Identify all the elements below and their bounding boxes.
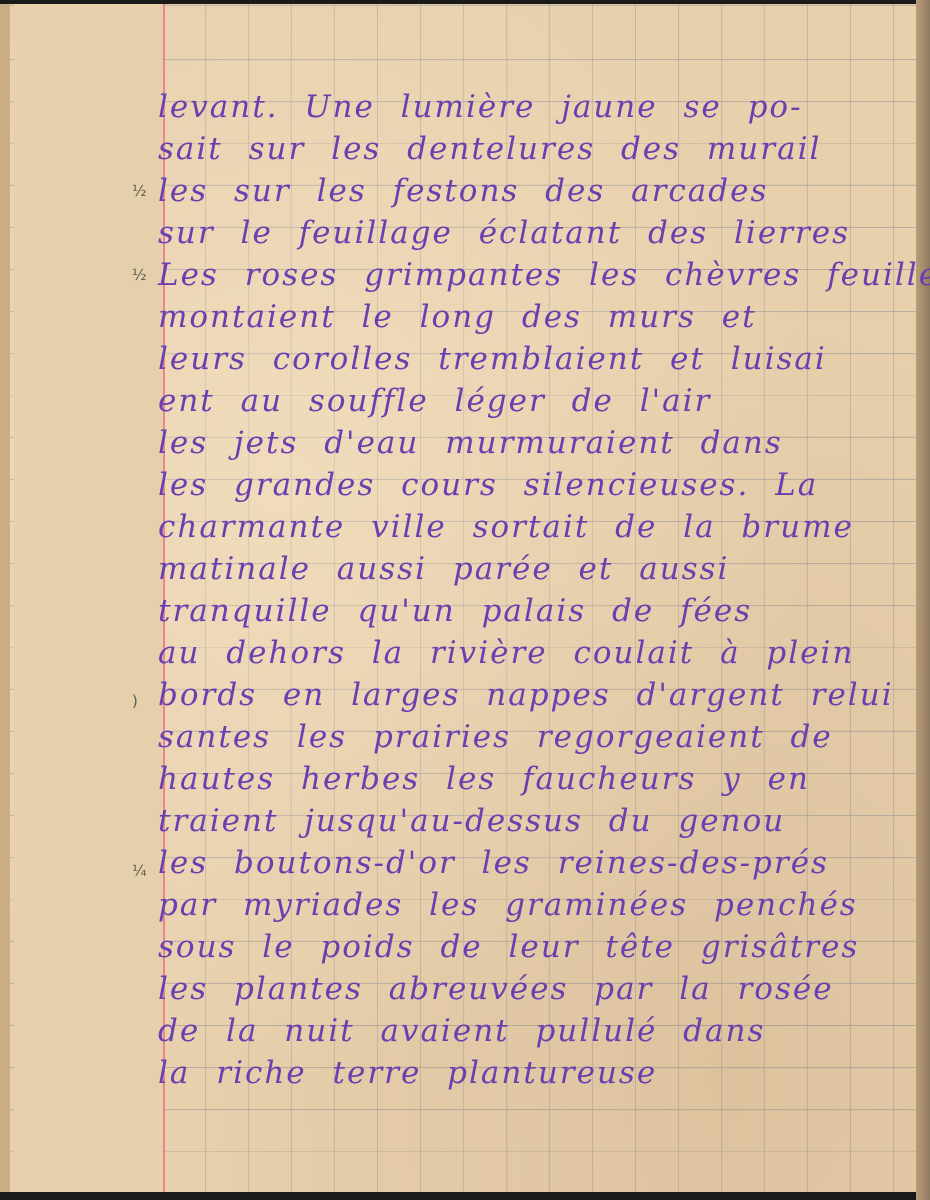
- text-line: les sur les festons des arcades: [158, 170, 918, 212]
- text-line: la riche terre plantureuse: [158, 1052, 918, 1094]
- margin-mark: ): [132, 692, 138, 710]
- text-line: Les roses grimpantes les chèvres feuille…: [158, 254, 918, 296]
- text-line: au dehors la rivière coulait à plein: [158, 632, 918, 674]
- text-line: sur le feuillage éclatant des lierres: [158, 212, 918, 254]
- text-line: les grandes cours silencieuses. La: [158, 464, 918, 506]
- text-line: par myriades les graminées penchés: [158, 884, 918, 926]
- text-line: montaient le long des murs et: [158, 296, 918, 338]
- text-line: les plantes abreuvées par la rosée: [158, 968, 918, 1010]
- text-line: matinale aussi parée et aussi: [158, 548, 918, 590]
- text-line: traient jusqu'au-dessus du genou: [158, 800, 918, 842]
- text-line: sait sur les dentelures des murail: [158, 128, 918, 170]
- text-line: hautes herbes les faucheurs y en: [158, 758, 918, 800]
- text-line: leurs corolles tremblaient et luisai: [158, 338, 918, 380]
- text-line: tranquille qu'un palais de fées: [158, 590, 918, 632]
- notebook-binding-edge: [916, 0, 930, 1200]
- text-line: sous le poids de leur tête grisâtres: [158, 926, 918, 968]
- margin-mark: ½: [132, 266, 147, 284]
- handwritten-text: levant. Une lumière jaune se po- sait su…: [158, 86, 918, 1094]
- margin-mark: ¼: [132, 862, 147, 880]
- text-line: les jets d'eau murmuraient dans: [158, 422, 918, 464]
- text-line: santes les prairies regorgeaient de: [158, 716, 918, 758]
- text-line: bords en larges nappes d'argent relui: [158, 674, 918, 716]
- text-line: les boutons-d'or les reines-des-prés: [158, 842, 918, 884]
- text-line: de la nuit avaient pullulé dans: [158, 1010, 918, 1052]
- text-line: ent au souffle léger de l'air: [158, 380, 918, 422]
- margin-mark: ½: [132, 182, 147, 200]
- text-line: levant. Une lumière jaune se po-: [158, 86, 918, 128]
- text-line: charmante ville sortait de la brume: [158, 506, 918, 548]
